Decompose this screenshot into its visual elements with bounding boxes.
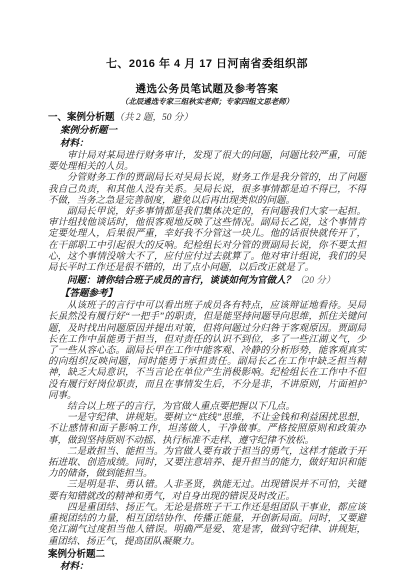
section-heading-note: （共 2 题，50 分）: [115, 113, 193, 123]
material-paragraph: 副局长甲说，好多事情都是我们集体决定的，有问题我们大家一起担。审计组找他谈话时，…: [48, 207, 366, 274]
answer-paragraph: 一是守纪律、讲规矩。要树立“底线”思维，不让金钱和利益困扰思想，不让感情和面子影…: [48, 413, 366, 447]
answer-paragraph: 从该班子的言行中可以看出班子成员各有特点，应该辩证地看待。吴局长虽然没有履行好“…: [48, 301, 366, 402]
case1-question-line: 问题：请你结合班子成员的言行，谈谈如何为官做人？（20 分）: [48, 275, 366, 287]
section-heading: 一、案例分析题（共 2 题，50 分）: [48, 111, 366, 125]
question-score: （20 分）: [295, 276, 335, 286]
doc-byline: （北辰遴选专家三组秋实老师；专家四组文思老师）: [48, 97, 366, 107]
case2-material-label: 材料：: [60, 561, 366, 574]
question-text: 问题：请你结合班子成员的言行，谈谈如何为官做人？: [67, 276, 295, 286]
case1-material-label: 材料：: [60, 138, 366, 151]
answer-paragraph: 结合以上班子的言行，为官做人重点要把握以下几点。: [48, 402, 366, 413]
doc-title-line1: 七、2016 年 4 月 17 日河南省委组织部: [48, 58, 366, 70]
answer-paragraph: 二是敢担当、能担当。为官做人要有敢于担当的勇气，这样才能敢于开拓进取、创造成绩。…: [48, 447, 366, 481]
section-heading-title: 一、案例分析题: [48, 112, 115, 123]
document-page: 七、2016 年 4 月 17 日河南省委组织部 遴选公务员笔试题及参考答案 （…: [0, 0, 410, 580]
material-paragraph: 分管财务工作的贾副局长对吴局长说，财务工作是我分管的，出了问题我自己负责，和其他…: [48, 173, 366, 207]
case2-title: 案例分析题二: [48, 548, 366, 561]
answer-reference-label: 【答题参考】: [60, 288, 366, 301]
case1-title: 案例分析题一: [60, 125, 366, 138]
answer-paragraph: 三是明是非、勇认错。人非圣贤，孰能无过。出现错误并不可怕，关键要有知错就改的精神…: [48, 480, 366, 502]
doc-title-line2: 遴选公务员笔试题及参考答案: [48, 83, 366, 95]
material-paragraph: 审计局对某局进行财务审计，发现了很大的问题，问题比较严重，可能要处理相关的人员。: [48, 151, 366, 173]
answer-paragraph: 四是重团结、扬正气。无论是搭班子干工作还是组团队干事业，都应该重视团结的力量，相…: [48, 503, 366, 548]
